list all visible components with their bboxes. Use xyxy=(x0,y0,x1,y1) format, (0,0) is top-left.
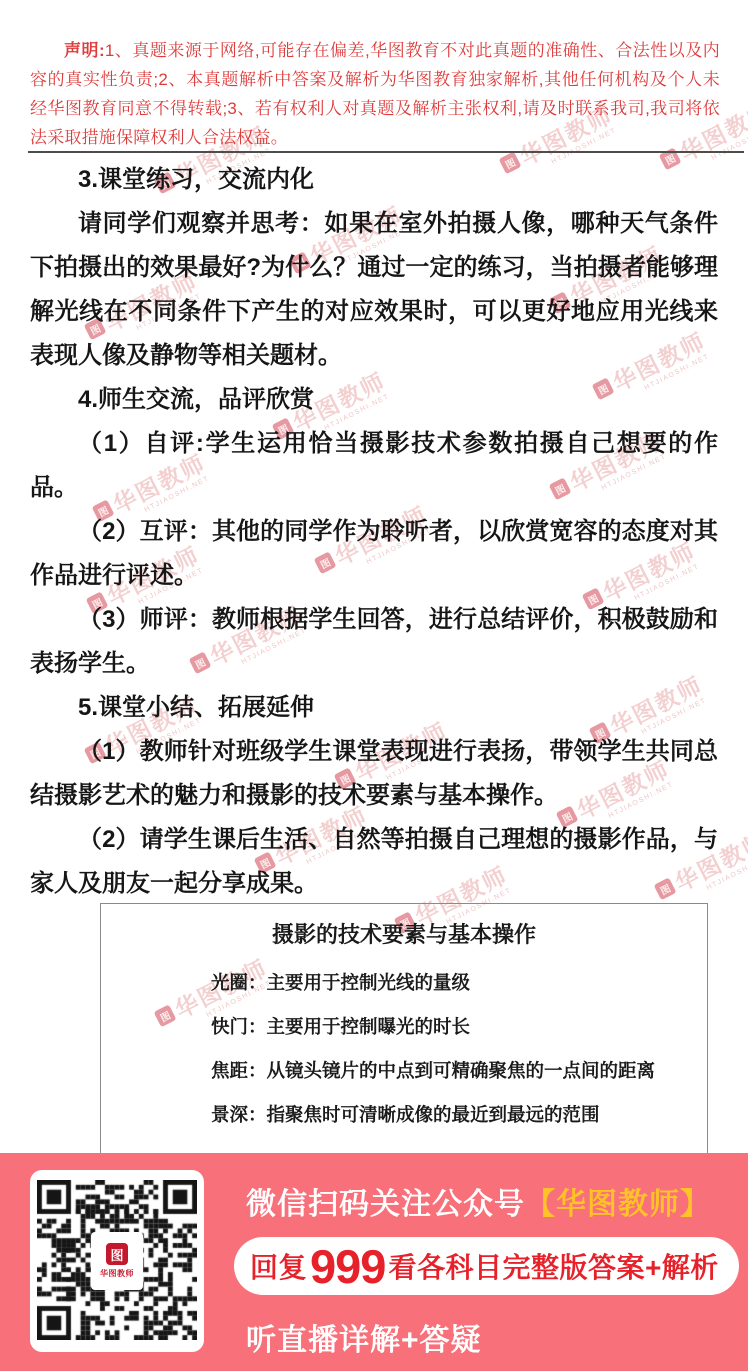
section-heading: 5.课堂小结、拓展延伸 xyxy=(30,686,718,730)
paragraph: （1）教师针对班级学生课堂表现进行表扬，带领学生共同总结摄影艺术的魅力和摄影的技… xyxy=(30,730,718,818)
lesson-body: 3.课堂练习，交流内化请同学们观察并思考：如果在室外拍摄人像，哪种天气条件下拍摄… xyxy=(30,158,718,904)
paragraph: （1）自评:学生运用恰当摄影技术参数拍摄自己想要的作品。 xyxy=(30,422,718,510)
huatu-logo-icon: 图 xyxy=(106,1243,128,1265)
reply-number: 999 xyxy=(310,1243,385,1290)
blackboard-design-box: 摄影的技术要素与基本操作 光圈：主要用于控制光线的量级快门：主要用于控制曝光的时… xyxy=(100,903,708,1156)
blackboard-item: 景深：指聚焦时可清晰成像的最近到最远的范围 xyxy=(211,1093,707,1137)
banner-line1-text: 微信扫码关注公众号 xyxy=(246,1188,525,1221)
disclaimer-text: 声明:1、真题来源于网络,可能存在偏差,华图教育不对此真题的准确性、合法性以及内… xyxy=(30,36,720,152)
banner-line1: 微信扫码关注公众号【华图教师】 xyxy=(246,1179,711,1223)
divider-line xyxy=(28,151,744,153)
disclaimer-body: 1、真题来源于网络,可能存在偏差,华图教育不对此真题的准确性、合法性以及内容的真… xyxy=(30,41,720,147)
qr-center-logo: 图 华图教师 xyxy=(91,1232,143,1290)
banner-line1-highlight: 【华图教师】 xyxy=(525,1188,711,1221)
paragraph: （2）请学生课后生活、自然等拍摄自己理想的摄影作品，与家人及朋友一起分享成果。 xyxy=(30,818,718,904)
document-page: 图华图教师HTJIAOSHI.NET图华图教师HTJIAOSHI.NET图华图教… xyxy=(0,0,748,1371)
paragraph: （3）师评：教师根据学生回答，进行总结评价，积极鼓励和表扬学生。 xyxy=(30,598,718,686)
blackboard-items: 光圈：主要用于控制光线的量级快门：主要用于控制曝光的时长焦距：从镜头镜片的中点到… xyxy=(101,961,707,1137)
section-heading: 4.师生交流，品评欣赏 xyxy=(30,378,718,422)
banner-line3: 听直播详解+答疑 xyxy=(246,1315,482,1359)
blackboard-item: 光圈：主要用于控制光线的量级 xyxy=(211,961,707,1005)
blackboard-item: 快门：主要用于控制曝光的时长 xyxy=(211,1005,707,1049)
section-heading: 3.课堂练习，交流内化 xyxy=(30,158,718,202)
footer-banner: 图 华图教师 微信扫码关注公众号【华图教师】 回复999看各科目完整版答案+解析… xyxy=(0,1153,748,1371)
blackboard-item: 焦距：从镜头镜片的中点到可精确聚焦的一点间的距离 xyxy=(211,1049,707,1093)
reply-suffix: 看各科目完整版答案+解析 xyxy=(388,1246,718,1286)
paragraph: 请同学们观察并思考：如果在室外拍摄人像，哪种天气条件下拍摄出的效果最好?为什么？… xyxy=(30,202,718,378)
paragraph: （2）互评：其他的同学作为聆听者，以欣赏宽容的态度对其作品进行评述。 xyxy=(30,510,718,598)
qr-card: 图 华图教师 xyxy=(30,1170,204,1352)
qr-logo-label: 华图教师 xyxy=(100,1268,134,1279)
blackboard-title: 摄影的技术要素与基本操作 xyxy=(101,918,707,949)
disclaimer-prefix: 声明: xyxy=(64,41,105,60)
reply-pill: 回复999看各科目完整版答案+解析 xyxy=(234,1237,739,1295)
reply-prefix: 回复 xyxy=(250,1246,307,1286)
